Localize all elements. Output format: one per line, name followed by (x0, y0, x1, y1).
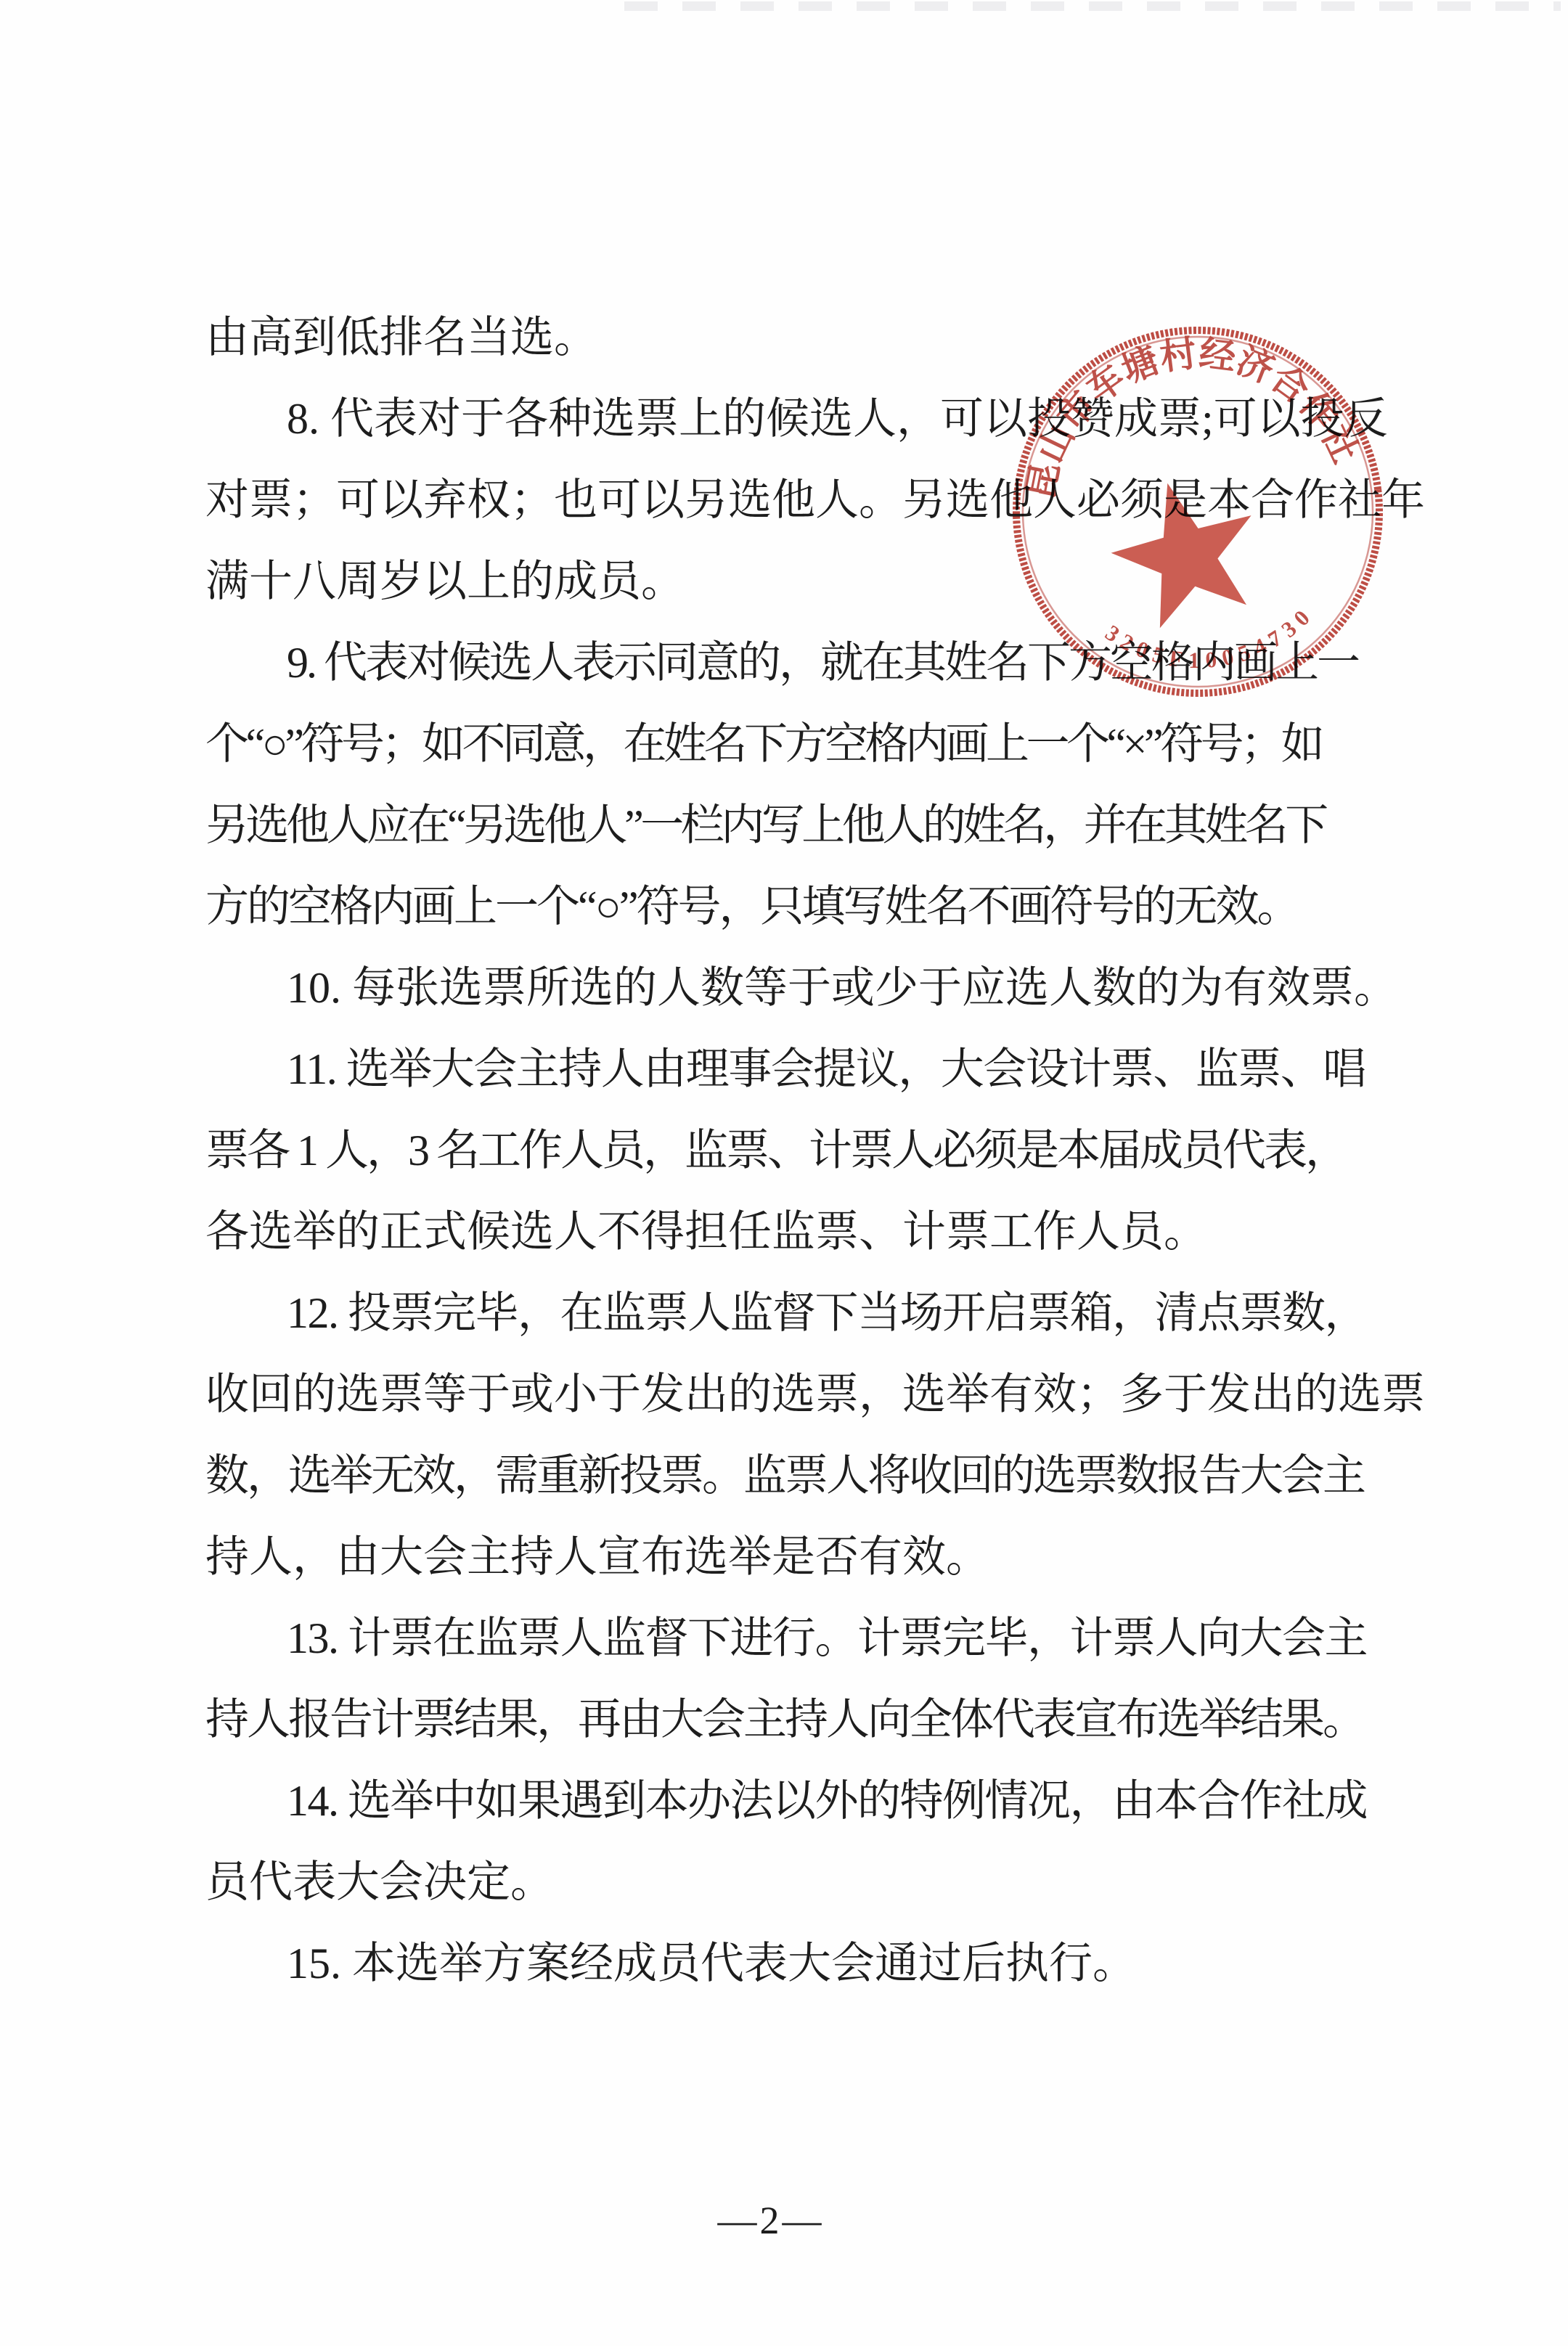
text-line: 个“○”符号；如不同意，在姓名下方空格内画上一个“×”符号；如 (205, 703, 1381, 785)
text-line: 收回的选票等于或小于发出的选票，选举有效；多于发出的选票 (205, 1354, 1381, 1435)
svg-text:3205F10054730: 3205F10054730 (1098, 595, 1324, 686)
text-line: 持人报告计票结果，再由大会主持人向全体代表宣布选举结果。 (205, 1679, 1381, 1760)
text-line: 数，选举无效，需重新投票。监票人将收回的选票数报告大会主 (205, 1435, 1381, 1516)
svg-text:昆山市车塘村经济合作社: 昆山市车塘村经济合作社 (1003, 314, 1368, 507)
text-line: 各选举的正式候选人不得担任监票、计票工作人员。 (205, 1191, 1381, 1272)
text-line: 13. 计票在监票人监督下进行。计票完毕，计票人向大会主 (205, 1598, 1381, 1679)
seal-arc-text: 昆山市车塘村经济合作社 (1003, 314, 1368, 507)
text-line: 另选他人应在“另选他人”一栏内写上他人的姓名，并在其姓名下 (205, 785, 1381, 866)
text-line: 12. 投票完毕，在监票人监督下当场开启票箱，清点票数， (205, 1272, 1381, 1354)
text-line: 15. 本选举方案经成员代表大会通过后执行。 (205, 1923, 1381, 2004)
page-number: —2— (0, 2198, 1555, 2243)
text-line: 方的空格内画上一个“○”符号，只填写姓名不画符号的无效。 (205, 866, 1381, 947)
text-line: 10. 每张选票所选的人数等于或少于应选人数的为有效票。 (205, 947, 1381, 1029)
text-line: 11. 选举大会主持人由理事会提议，大会设计票、监票、唱 (205, 1029, 1381, 1110)
text-line: 持人，由大会主持人宣布选举是否有效。 (205, 1516, 1381, 1598)
text-line: 14. 选举中如果遇到本办法以外的特例情况，由本合作社成 (205, 1760, 1381, 1842)
text-line: 员代表大会决定。 (205, 1842, 1381, 1923)
scan-artifact (624, 1, 1561, 11)
seal-star-icon (1098, 465, 1273, 635)
official-seal: 昆山市车塘村经济合作社 3205F10054730 (995, 308, 1401, 715)
text-line: 票各 1 人，3 名工作人员，监票、计票人必须是本届成员代表， (205, 1110, 1381, 1191)
scanned-document-page: 由高到低排名当选。 8. 代表对于各种选票上的候选人，可以投赞成票;可以投反 对… (0, 0, 1568, 2346)
seal-serial-number: 3205F10054730 (1098, 595, 1324, 686)
